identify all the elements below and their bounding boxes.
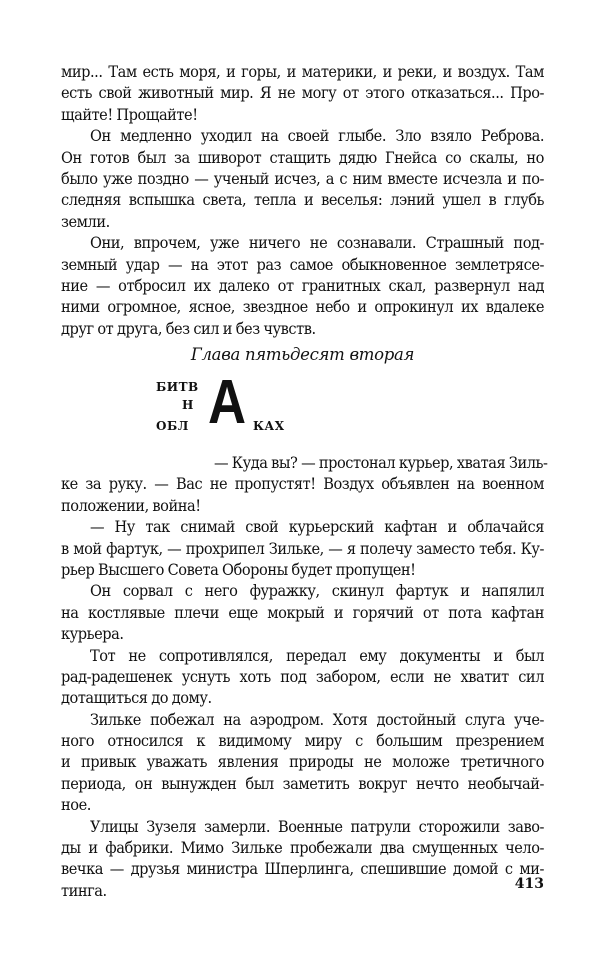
text-line: и привык уважать явления природы не моло… xyxy=(61,751,544,772)
paragraph-6: Он сорвал с него фуражку, скинул фартук … xyxy=(61,580,544,644)
text-line: следняя вспышка света, тепла и веселья: … xyxy=(61,189,544,210)
text-line: Он медленно уходил на своей глыбе. Зло в… xyxy=(61,125,544,146)
text-line: ке за руку. — Вас не пропустят! Воздух о… xyxy=(61,473,544,494)
text-line: ного относился к видимому миру с большим… xyxy=(61,730,544,751)
chapter-title-word-2: Н xyxy=(182,398,194,412)
text-line: друг от друга, без сил и без чувств. xyxy=(61,318,544,339)
text-line: периода, он вынужден был заметить вокруг… xyxy=(61,773,544,794)
text-line: ное. xyxy=(61,794,544,815)
text-line: ними огромное, ясное, звездное небо и оп… xyxy=(61,296,544,317)
page-number: 413 xyxy=(515,876,544,892)
chapter-title-big-letter: А xyxy=(208,372,246,434)
text-line: в мой фартук, — прохрипел Зильке, — я по… xyxy=(61,538,544,559)
text-line: Зильке побежал на аэродром. Хотя достойн… xyxy=(61,709,544,730)
paragraph-2: Он медленно уходил на своей глыбе. Зло в… xyxy=(61,125,544,232)
chapter-label: Глава пятьдесят вторая xyxy=(61,345,544,364)
paragraph-5: — Ну так снимай свой курьерский кафтан и… xyxy=(61,516,544,580)
paragraph-8: Зильке побежал на аэродром. Хотя достойн… xyxy=(61,709,544,816)
text-line: дотащиться до дому. xyxy=(61,687,544,708)
text-line: Тот не сопротивлялся, передал ему докуме… xyxy=(61,645,544,666)
text-line: щайте! Прощайте! xyxy=(61,104,544,125)
paragraph-3: Они, впрочем, уже ничего не сознавали. С… xyxy=(61,232,544,339)
text-line: рад-радешенек уснуть хоть под забором, е… xyxy=(61,666,544,687)
text-line: было уже поздно — ученый исчез, а с ним … xyxy=(61,168,544,189)
paragraph-7: Тот не сопротивлялся, передал ему докуме… xyxy=(61,645,544,709)
text-line: курьера. xyxy=(61,623,544,644)
text-line: — Ну так снимай свой курьерский кафтан и… xyxy=(61,516,544,537)
paragraph-4: — Куда вы? — простонал курьер, хватая Зи… xyxy=(61,452,544,516)
text-line: рьер Высшего Совета Обороны будет пропущ… xyxy=(61,559,544,580)
text-line: Он сорвал с него фуражку, скинул фартук … xyxy=(61,580,544,601)
book-page: мир... Там есть моря, и горы, и материки… xyxy=(61,61,544,339)
text-line: земный удар — на этот раз самое обыкнове… xyxy=(61,254,544,275)
text-line: земли. xyxy=(61,211,544,232)
text-line: тинга. xyxy=(61,880,544,901)
text-line: на костлявые плечи еще мокрый и горячий … xyxy=(61,602,544,623)
chapter-title-word-3-right: КАХ xyxy=(253,419,285,433)
text-line: вечка — друзья министра Шперлинга, спеши… xyxy=(61,858,544,879)
text-line: ды и фабрики. Мимо Зильке пробежали два … xyxy=(61,837,544,858)
paragraph-1: мир... Там есть моря, и горы, и материки… xyxy=(61,61,544,125)
chapter-body: — Куда вы? — простонал курьер, хватая Зи… xyxy=(61,452,544,901)
text-line: Он готов был за шиворот стащить дядю Гне… xyxy=(61,147,544,168)
text-line: ние — отбросил их далеко от гранитных ск… xyxy=(61,275,544,296)
text-line: мир... Там есть моря, и горы, и материки… xyxy=(61,61,544,82)
text-line: Улицы Зузеля замерли. Военные патрули ст… xyxy=(61,816,544,837)
paragraph-9: Улицы Зузеля замерли. Военные патрули ст… xyxy=(61,816,544,902)
text-line: — Куда вы? — простонал курьер, хватая Зи… xyxy=(61,452,544,473)
chapter-title: БИТВ Н ОБЛ А КАХ xyxy=(156,372,286,432)
text-line: положении, война! xyxy=(61,495,544,516)
text-line: есть свой животный мир. Я не могу от это… xyxy=(61,82,544,103)
text-line: Они, впрочем, уже ничего не сознавали. С… xyxy=(61,232,544,253)
chapter-title-word-3-left: ОБЛ xyxy=(156,419,189,433)
chapter-title-word-1: БИТВ xyxy=(156,380,199,394)
